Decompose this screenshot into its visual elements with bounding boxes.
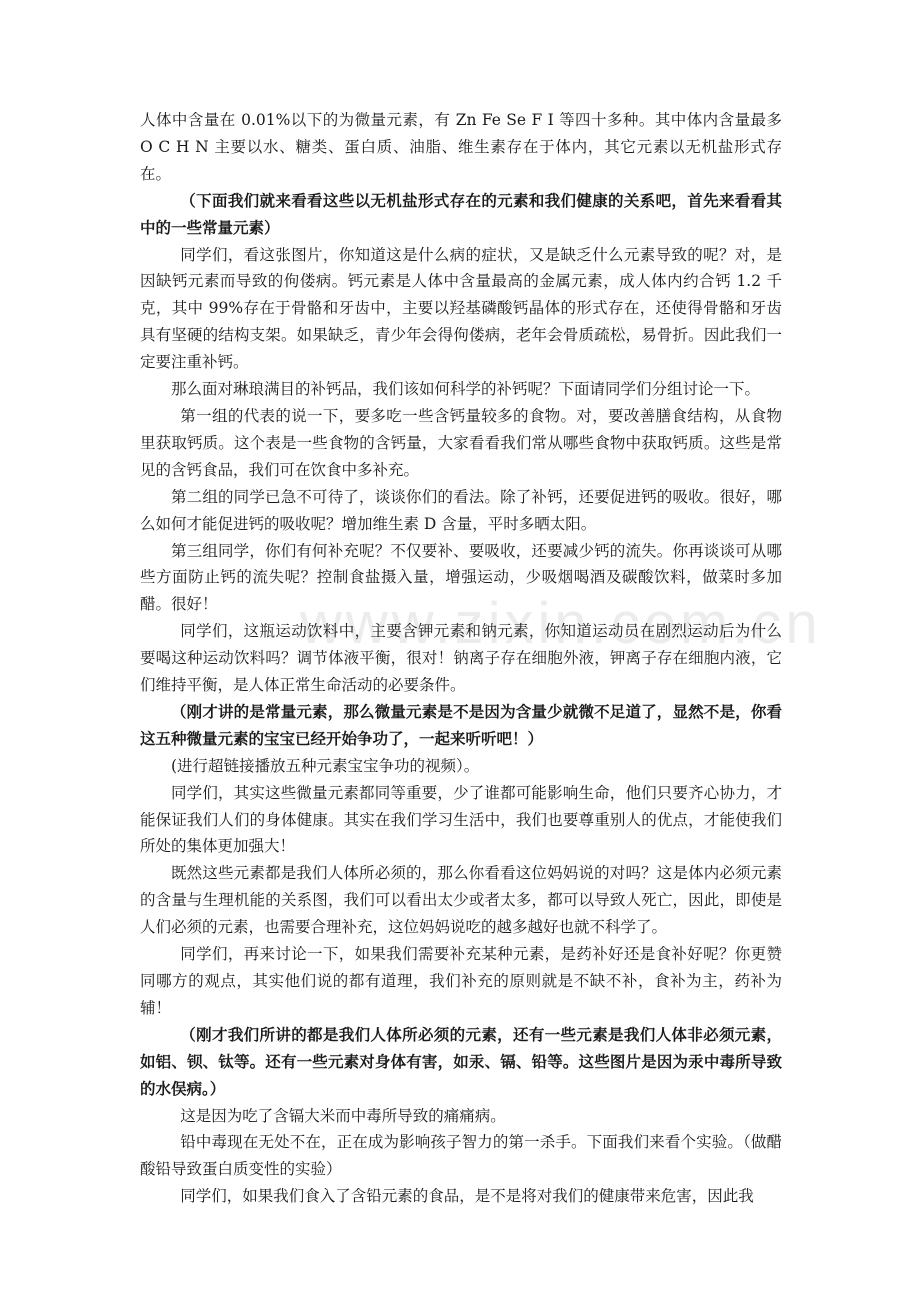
paragraph-bold-transition-macro: （下面我们就来看看这些以无机盐形式存在的元素和我们健康的关系吧，首先来看看其中的… [140,188,782,242]
paragraph-mother-claim: 既然这些元素都是我们人体所必须的，那么你看看这位妈妈说的对吗？这是体内必须元素的… [140,860,782,941]
paragraph-equal-importance: 同学们，其实这些微量元素都同等重要，少了谁都可能影响生命，他们只要齐心协力，才能… [140,780,782,861]
paragraph-group-two: 第二组的同学已急不可待了，谈谈你们的看法。除了补钙，还要促进钙的吸收。很好，哪么… [140,484,782,538]
paragraph-cadmium: 这是因为吃了含镉大米而中毒所导致的痛痛病。 [140,1103,782,1130]
paragraph-video-note: (进行超链接播放五种元素宝宝争功的视频）。 [140,753,782,780]
paragraph-calcium: 同学们，看这张图片，你知道这是什么病的症状，又是缺乏什么元素导致的呢？对，是因缺… [140,242,782,377]
document-body: 人体中含量在 0.01%以下的为微量元素，有 Zn Fe Se F I 等四十多… [140,107,782,1210]
paragraph-group-three: 第三组同学，你们有何补充呢？不仅要补、要吸收，还要减少钙的流失。你再谈谈可从哪些… [140,538,782,619]
paragraph-sports-drink: 同学们，这瓶运动饮料中，主要含钾元素和钠元素，你知道运动员在剧烈运动后为什么要喝… [140,618,782,699]
paragraph-food-vs-medicine: 同学们，再来讨论一下，如果我们需要补充某种元素，是药补好还是食补好呢？你更赞同哪… [140,941,782,1022]
paragraph-group-one: 第一组的代表的说一下，要多吃一些含钙量较多的食物。对，要改善膳食结构，从食物里获… [140,403,782,484]
paragraph-lead-harm: 同学们，如果我们食入了含铅元素的食品，是不是将对我们的健康带来危害，因此我 [140,1183,782,1210]
paragraph-bold-harmful-elements: （刚才我们所讲的都是我们人体所必须的元素，还有一些元素是我们人体非必须元素，如铝… [140,1022,782,1103]
paragraph-calcium-supplements: 那么面对琳琅满目的补钙品，我们该如何科学的补钙呢？下面请同学们分组讨论一下。 [140,376,782,403]
paragraph-bold-trace-elements: （刚才讲的是常量元素，那么微量元素是不是因为含量少就微不足道了，显然不是，你看这… [140,699,782,753]
paragraph-lead-experiment: 铅中毒现在无处不在，正在成为影响孩子智力的第一杀手。下面我们来看个实验。（做醋酸… [140,1129,782,1183]
paragraph-trace-elements-intro: 人体中含量在 0.01%以下的为微量元素，有 Zn Fe Se F I 等四十多… [140,107,782,188]
